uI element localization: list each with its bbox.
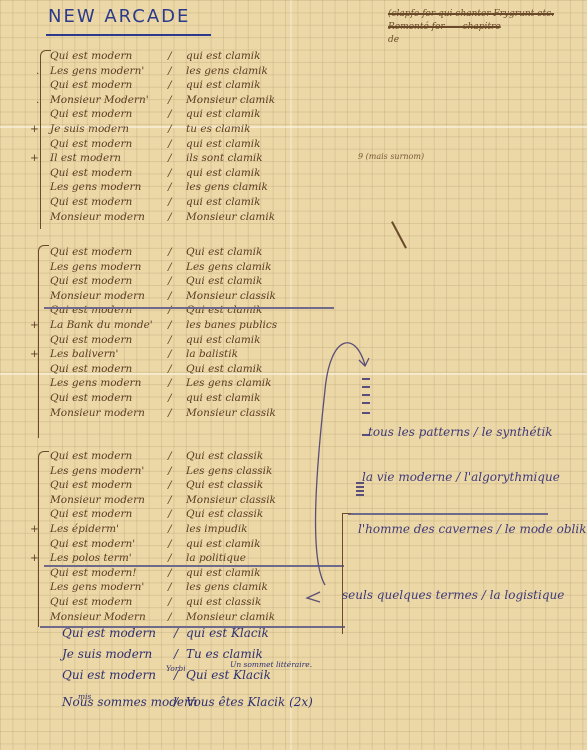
bracket: [342, 513, 351, 634]
annotation: Yorbi: [166, 664, 186, 673]
right-column-line: seuls quelques termes / la logistique: [342, 588, 564, 602]
title-underline: [46, 34, 211, 36]
annotation: mis: [78, 692, 91, 701]
page-title: NEW ARCADE: [48, 6, 190, 27]
stray-stroke: [391, 221, 406, 248]
stanza-bracket: [38, 245, 49, 438]
right-column-line: la vie moderne / l'algorythmique: [362, 470, 560, 484]
right-column-line: l'homme des cavernes / le mode oblik: [358, 522, 587, 536]
right-column-line: tous les patterns / le synthétik: [368, 425, 553, 439]
side-note: 9 (mais surnom): [358, 152, 424, 161]
divider-line: [44, 307, 334, 309]
paper-fold: [290, 0, 292, 750]
divider-line: [348, 513, 548, 515]
stanza-bracket: [38, 451, 49, 627]
annotation: Un sommet littéraire.: [230, 660, 312, 669]
struck-note: (clapfe for qui chanter Frygrunt etc. Re…: [388, 8, 583, 47]
